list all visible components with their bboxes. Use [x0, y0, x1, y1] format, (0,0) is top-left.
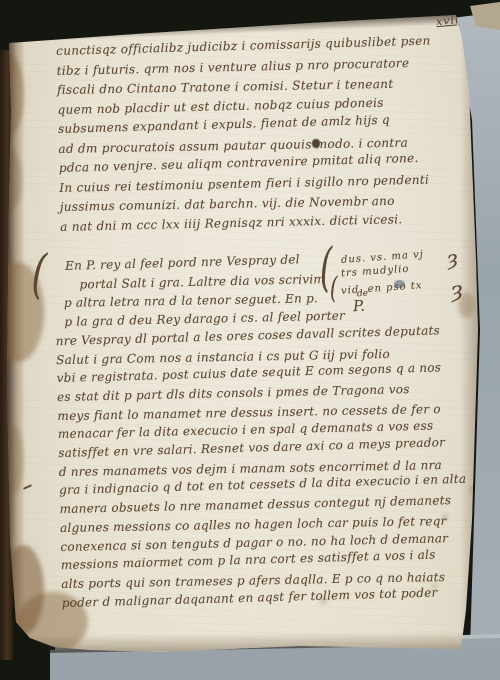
flourish-icon: ȝ — [450, 277, 464, 303]
paragraph-initial-flourish: ( — [30, 246, 47, 302]
margin-note-monogram: P. — [353, 297, 366, 316]
manuscript-page: xviij cunctisqz officialibz judicibz i c… — [0, 0, 500, 680]
margin-note-bracket: ( — [330, 274, 338, 304]
text-block: cunctisqz officialibz judicibz i comissa… — [56, 33, 483, 613]
paragraph-catalan: En P. rey al feel pord nre Vespray delpo… — [61, 248, 483, 613]
manuscript-photo: xviij cunctisqz officialibz judicibz i c… — [0, 0, 500, 680]
paragraph-latin: cunctisqz officialibz judicibz i comissa… — [56, 33, 474, 237]
